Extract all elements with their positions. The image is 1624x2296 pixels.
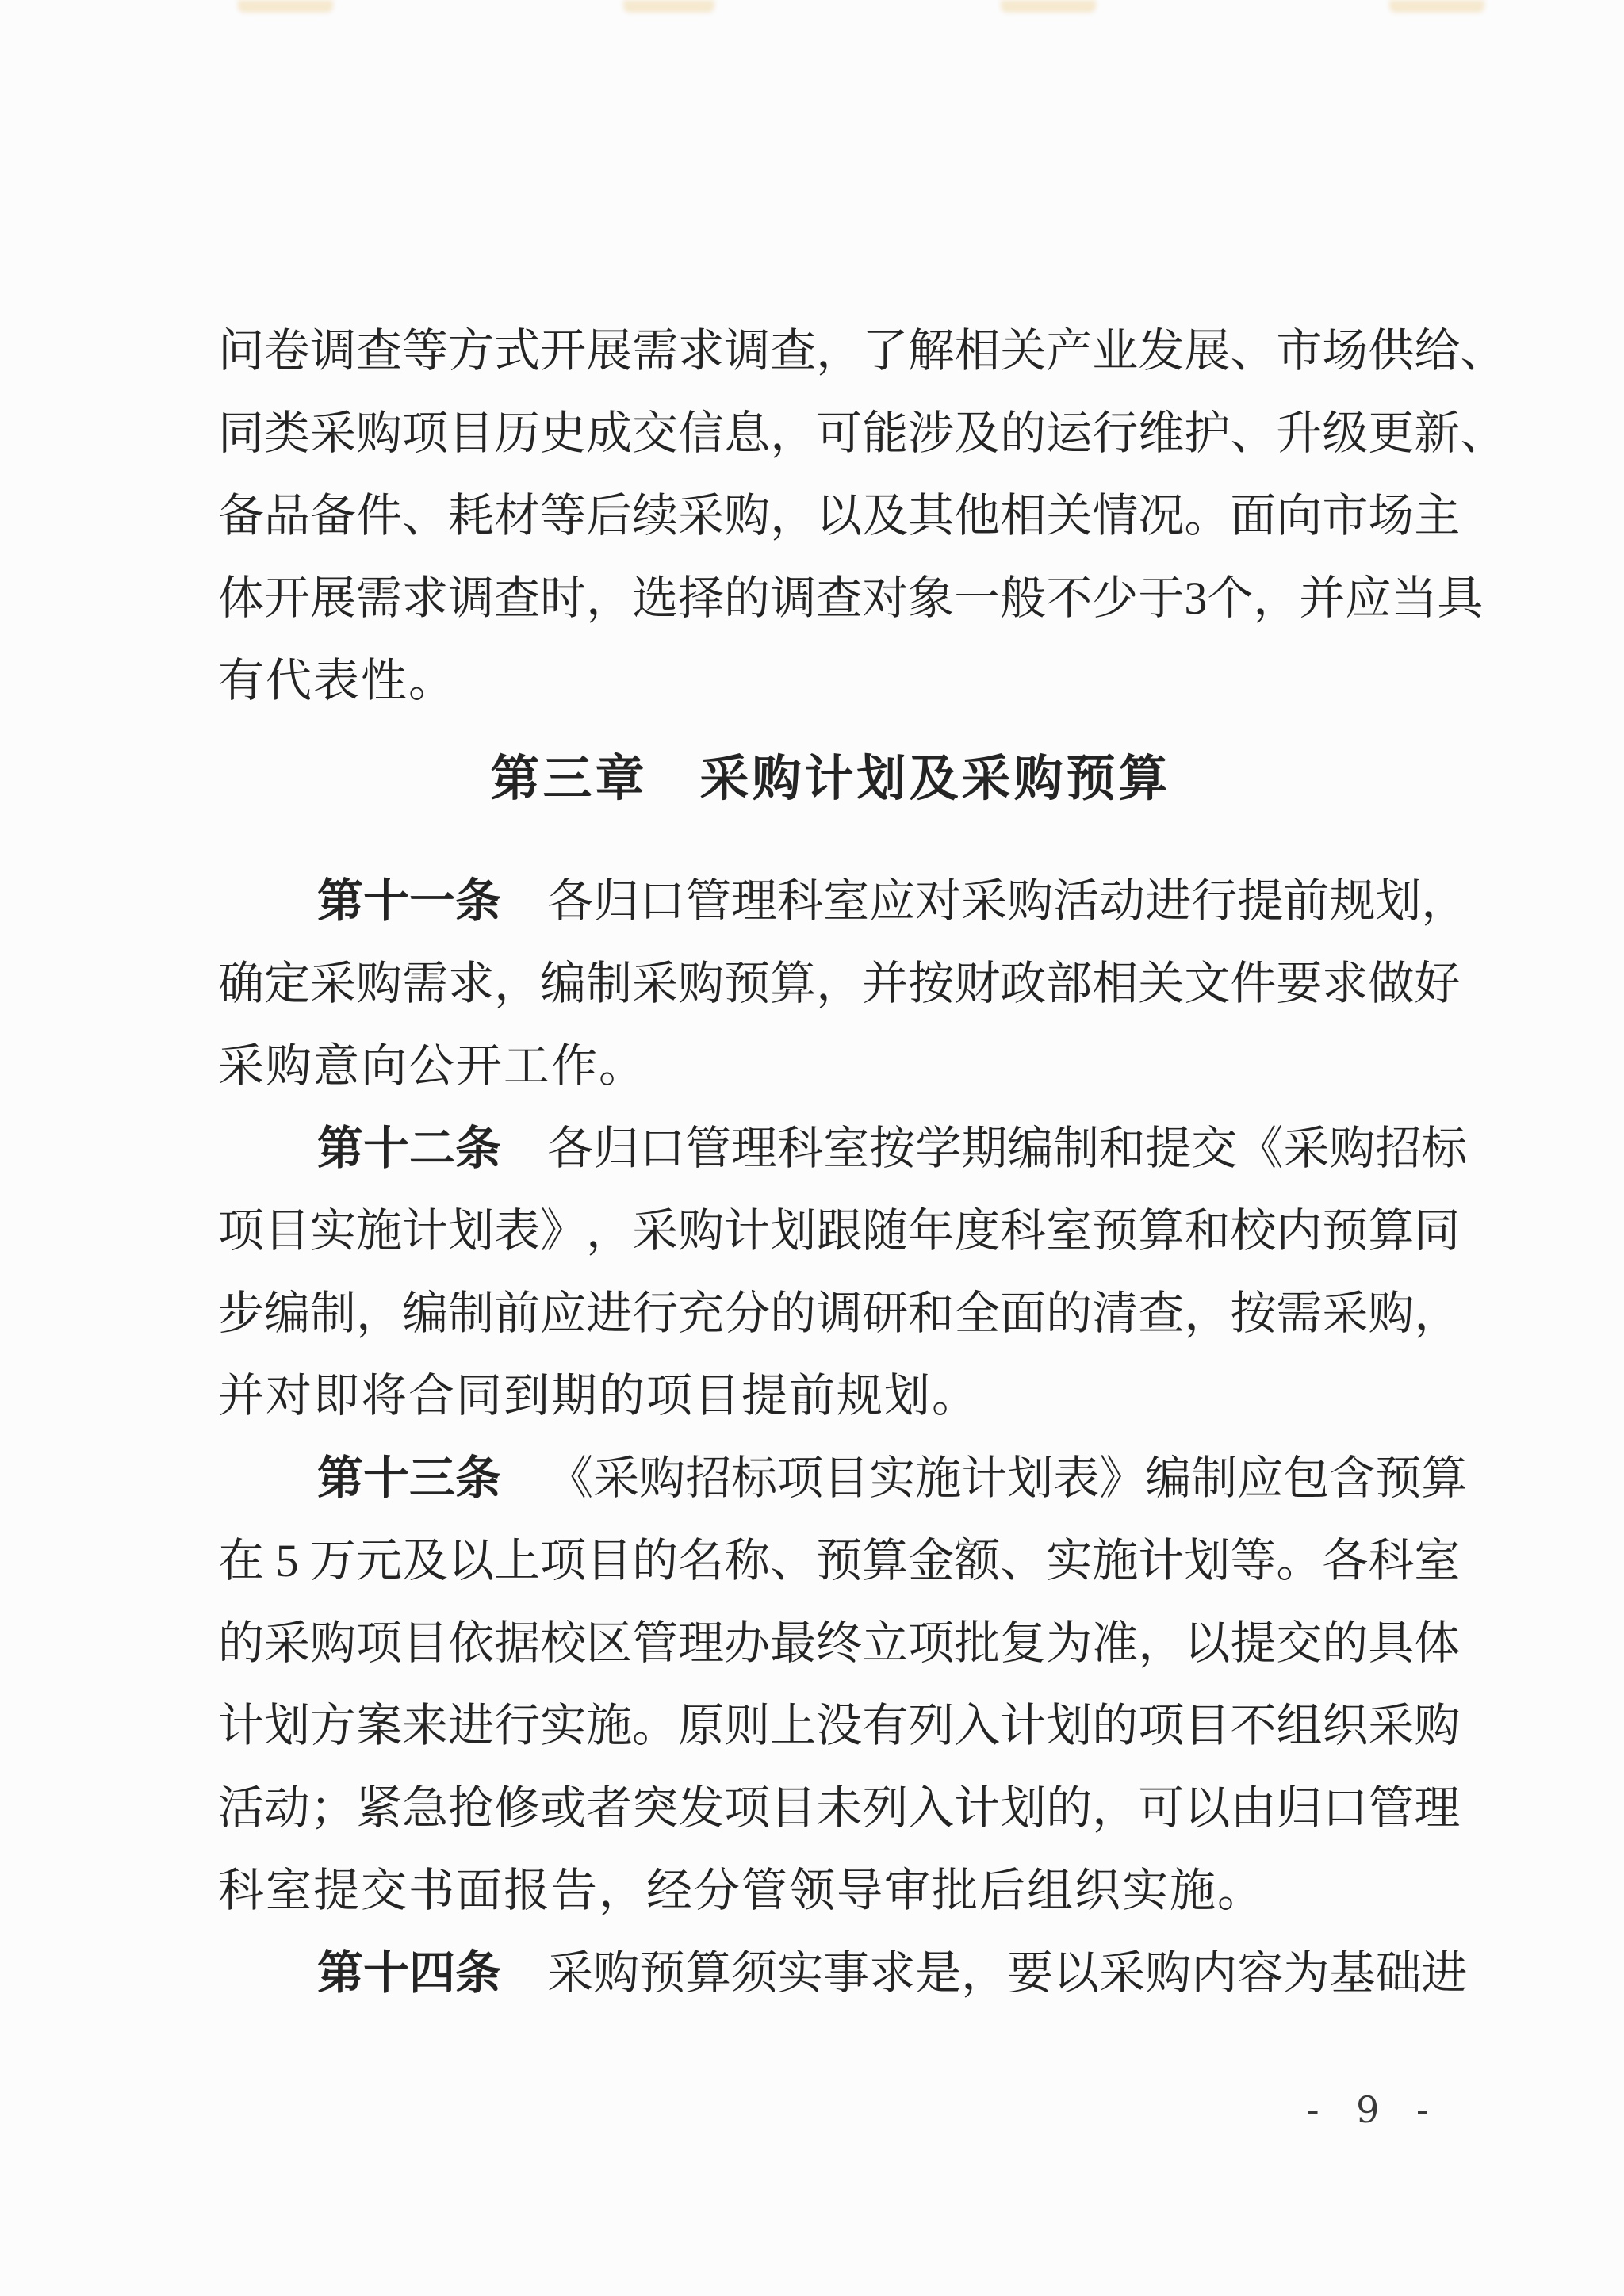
article11-line3: 采购意向公开工作。 xyxy=(218,1040,1443,1093)
paragraph1-line5: 有代表性。 xyxy=(218,655,1443,708)
article13-line4: 计划方案来进行实施。原则上没有列入计划的项目不组织采购 xyxy=(218,1700,1443,1753)
paragraph1-line3: 备品备件、耗材等后续采购，以及其他相关情况。面向市场主 xyxy=(218,490,1443,543)
paragraph1-line4: 体开展需求调查时，选择的调查对象一般不少于3个，并应当具 xyxy=(218,572,1443,626)
article13-line6: 科室提交书面报告，经分管领导审批后组织实施。 xyxy=(218,1865,1443,1918)
article14-line1: 第十四条 采购预算须实事求是，要以采购内容为基础进 xyxy=(317,1947,1443,2000)
scan-artifact xyxy=(238,0,333,13)
article12-line1: 第十二条 各归口管理科室按学期编制和提交《采购招标 xyxy=(317,1123,1443,1176)
article12-line2: 项目实施计划表》，采购计划跟随年度科室预算和校内预算同 xyxy=(218,1205,1443,1258)
article11-line2: 确定采购需求，编制采购预算，并按财政部相关文件要求做好 xyxy=(218,958,1443,1011)
article12-line3: 步编制，编制前应进行充分的调研和全面的清查，按需采购， xyxy=(218,1288,1443,1341)
article12-line4: 并对即将合同到期的项目提前规划。 xyxy=(218,1370,1443,1423)
scan-artifact xyxy=(623,0,714,13)
article13-line2: 在 5 万元及以上项目的名称、预算金额、实施计划等。各科室 xyxy=(218,1535,1443,1588)
article11-line1: 第十一条 各归口管理科室应对采购活动进行提前规划， xyxy=(317,875,1443,928)
article13-line1: 第十三条 《采购招标项目实施计划表》编制应包含预算 xyxy=(317,1452,1443,1506)
page-number: - 9 - xyxy=(1307,2088,1442,2131)
article13-line5: 活动；紧急抢修或者突发项目未列入计划的，可以由归口管理 xyxy=(218,1782,1443,1835)
paragraph1-line2: 同类采购项目历史成交信息，可能涉及的运行维护、升级更新、 xyxy=(218,408,1443,461)
scan-artifact xyxy=(1001,0,1096,13)
document-page: 问卷调查等方式开展需求调查，了解相关产业发展、市场供给、同类采购项目历史成交信息… xyxy=(0,0,1624,2296)
scan-artifact xyxy=(1389,0,1484,13)
article13-line3: 的采购项目依据校区管理办最终立项批复为准，以提交的具体 xyxy=(218,1617,1443,1670)
chapter-heading: 第三章 采购计划及采购预算 xyxy=(218,752,1443,808)
paragraph1-line1: 问卷调查等方式开展需求调查，了解相关产业发展、市场供给、 xyxy=(218,325,1443,378)
